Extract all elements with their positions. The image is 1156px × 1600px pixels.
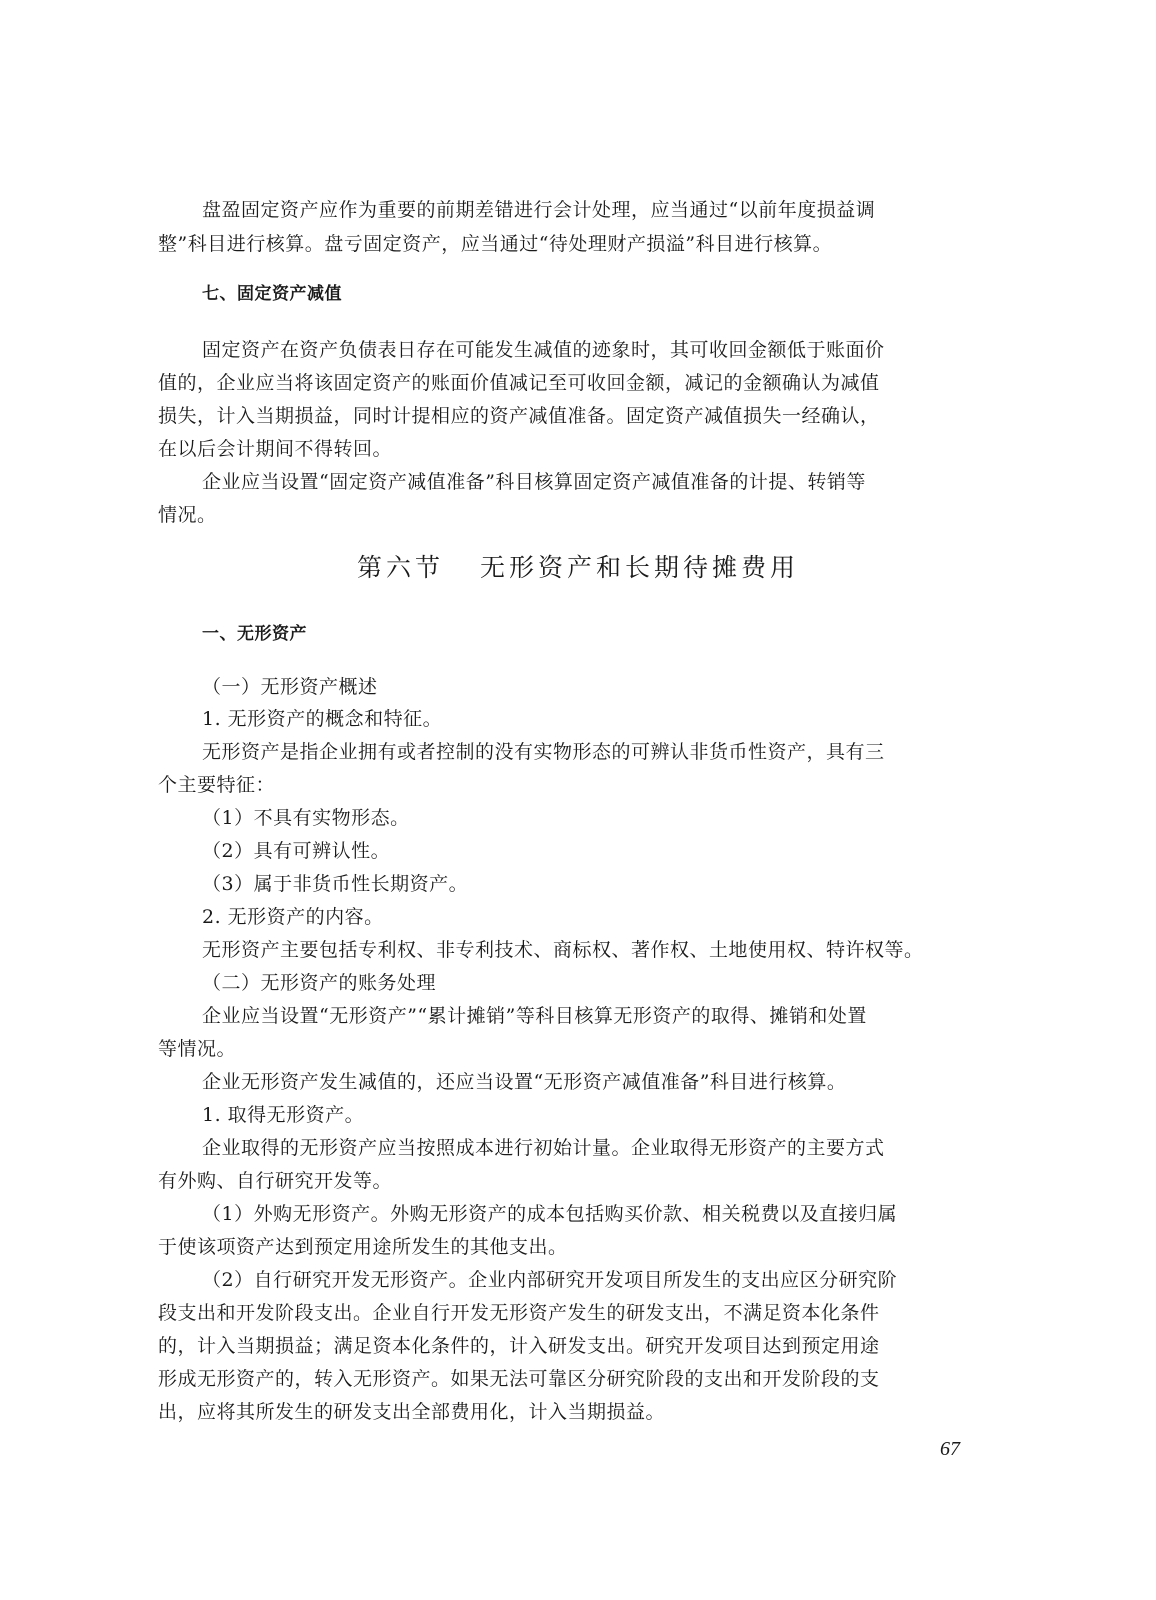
text-line: 企业取得的无形资产应当按照成本进行初始计量。企业取得无形资产的主要方式 <box>202 1136 885 1160</box>
paragraph-line: 在以后会计期间不得转回。 <box>158 437 392 461</box>
section-number: 第六节 <box>357 553 444 582</box>
text-line: 个主要特征： <box>158 773 275 797</box>
text-line: 1. 无形资产的概念和特征。 <box>202 707 442 731</box>
text-line: （1）不具有实物形态。 <box>202 806 410 830</box>
text-line: 1. 取得无形资产。 <box>202 1103 364 1127</box>
text-line: 等情况。 <box>158 1037 236 1061</box>
subheading-intangible-assets: 一、无形资产 <box>202 622 307 646</box>
heading-fixed-asset-impairment: 七、固定资产减值 <box>202 282 342 306</box>
text-line: 段支出和开发阶段支出。企业自行开发无形资产发生的研发支出，不满足资本化条件 <box>158 1301 880 1325</box>
text-line: （1）外购无形资产。外购无形资产的成本包括购买价款、相关税费以及直接归属 <box>202 1202 897 1226</box>
paragraph-line: 盘盈固定资产应作为重要的前期差错进行会计处理，应当通过“以前年度损益调 <box>202 198 875 222</box>
text-line: 企业应当设置“无形资产”“累计摊销”等科目核算无形资产的取得、摊销和处置 <box>202 1004 867 1028</box>
section-title: 第六节无形资产和长期待摊费用 <box>0 553 1156 583</box>
document-page: 盘盈固定资产应作为重要的前期差错进行会计处理，应当通过“以前年度损益调 整”科目… <box>0 0 1156 1600</box>
paragraph-line: 企业应当设置“固定资产减值准备”科目核算固定资产减值准备的计提、转销等 <box>202 470 866 494</box>
text-line: 有外购、自行研究开发等。 <box>158 1169 392 1193</box>
page-number: 67 <box>940 1438 960 1461</box>
text-line: 企业无形资产发生减值的，还应当设置“无形资产减值准备”科目进行核算。 <box>202 1070 846 1094</box>
paragraph-line: 值的，企业应当将该固定资产的账面价值减记至可收回金额，减记的金额确认为减值 <box>158 371 880 395</box>
text-line: 于使该项资产达到预定用途所发生的其他支出。 <box>158 1235 568 1259</box>
paragraph-line: 固定资产在资产负债表日存在可能发生减值的迹象时，其可收回金额低于账面价 <box>202 338 885 362</box>
text-line: （一）无形资产概述 <box>202 675 378 699</box>
paragraph-line: 整”科目进行核算。盘亏固定资产，应当通过“待处理财产损溢”科目进行核算。 <box>158 232 832 256</box>
text-line: 2. 无形资产的内容。 <box>202 905 384 929</box>
text-line: 形成无形资产的，转入无形资产。如果无法可靠区分研究阶段的支出和开发阶段的支 <box>158 1367 880 1391</box>
text-line: 无形资产是指企业拥有或者控制的没有实物形态的可辨认非货币性资产，具有三 <box>202 740 885 764</box>
paragraph-line: 情况。 <box>158 503 217 527</box>
text-line: 无形资产主要包括专利权、非专利技术、商标权、著作权、土地使用权、特许权等。 <box>202 938 924 962</box>
text-line: （2）具有可辨认性。 <box>202 839 390 863</box>
text-line: （2）自行研究开发无形资产。企业内部研究开发项目所发生的支出应区分研究阶 <box>202 1268 897 1292</box>
text-line: （二）无形资产的账务处理 <box>202 971 436 995</box>
text-line: 出，应将其所发生的研发支出全部费用化，计入当期损益。 <box>158 1400 665 1424</box>
section-name: 无形资产和长期待摊费用 <box>480 553 799 582</box>
text-line: （3）属于非货币性长期资产。 <box>202 872 468 896</box>
text-line: 的，计入当期损益；满足资本化条件的，计入研发支出。研究开发项目达到预定用途 <box>158 1334 880 1358</box>
paragraph-line: 损失，计入当期损益，同时计提相应的资产减值准备。固定资产减值损失一经确认， <box>158 404 880 428</box>
